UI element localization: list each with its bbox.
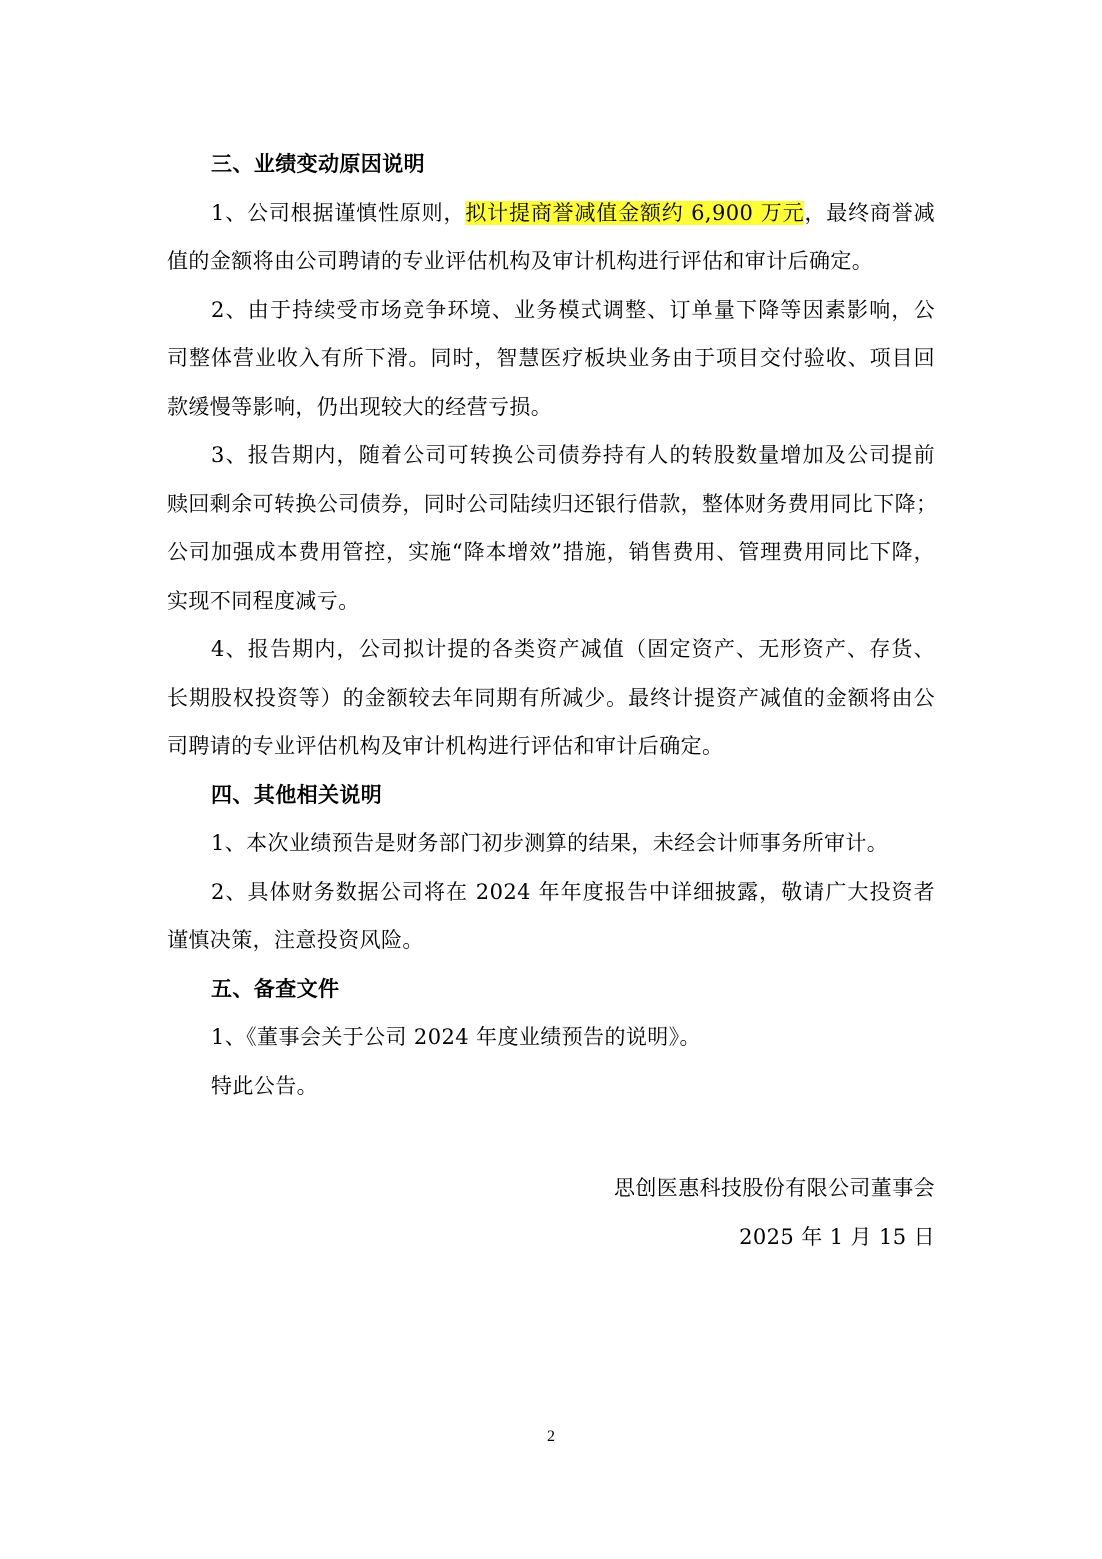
page-number: 2 bbox=[0, 1428, 1102, 1446]
paragraph-line: 值的金额将由公司聘请的专业评估机构及审计机构进行评估和审计后确定。 bbox=[167, 237, 935, 286]
paragraph-line: 长期股权投资等）的金额较去年同期有所减少。最终计提资产减值的金额将由公 bbox=[167, 674, 935, 723]
highlighted-text: 拟计提商誉减值金额约 6,900 万元 bbox=[465, 201, 804, 225]
paragraph-line: 司聘请的专业评估机构及审计机构进行评估和审计后确定。 bbox=[167, 722, 935, 771]
signature-date: 2025 年 1 月 15 日 bbox=[167, 1213, 935, 1262]
section-3: 三、业绩变动原因说明 1、公司根据谨慎性原则，拟计提商誉减值金额约 6,900 … bbox=[167, 140, 935, 1110]
paragraph-line: 2、具体财务数据公司将在 2024 年年度报告中详细披露，敬请广大投资者 bbox=[167, 868, 935, 917]
paragraph-line: 款缓慢等影响，仍出现较大的经营亏损。 bbox=[167, 383, 935, 432]
closing-text: 特此公告。 bbox=[167, 1062, 935, 1111]
paragraph-line: 4、报告期内，公司拟计提的各类资产减值（固定资产、无形资产、存货、 bbox=[167, 625, 935, 674]
paragraph-line: 1、《董事会关于公司 2024 年度业绩预告的说明》。 bbox=[167, 1013, 935, 1062]
paragraph-line: 1、公司根据谨慎性原则，拟计提商誉减值金额约 6,900 万元，最终商誉减 bbox=[167, 189, 935, 238]
paragraph-line: 司整体营业收入有所下滑。同时，智慧医疗板块业务由于项目交付验收、项目回 bbox=[167, 334, 935, 383]
section-heading: 三、业绩变动原因说明 bbox=[167, 140, 935, 189]
document-page: 三、业绩变动原因说明 1、公司根据谨慎性原则，拟计提商誉减值金额约 6,900 … bbox=[0, 0, 1102, 1559]
paragraph-line: 1、本次业绩预告是财务部门初步测算的结果，未经会计师事务所审计。 bbox=[167, 819, 935, 868]
paragraph-line: 3、报告期内，随着公司可转换公司债券持有人的转股数量增加及公司提前 bbox=[167, 431, 935, 480]
signature-company: 思创医惠科技股份有限公司董事会 bbox=[167, 1164, 935, 1213]
paragraph-line: 实现不同程度减亏。 bbox=[167, 577, 935, 626]
paragraph-line: 赎回剩余可转换公司债券，同时公司陆续归还银行借款，整体财务费用同比下降； bbox=[167, 480, 935, 529]
paragraph-line: 2、由于持续受市场竞争环境、业务模式调整、订单量下降等因素影响，公 bbox=[167, 286, 935, 335]
paragraph-line: 公司加强成本费用管控，实施“降本增效”措施，销售费用、管理费用同比下降， bbox=[167, 528, 935, 577]
signature-block: 思创医惠科技股份有限公司董事会 2025 年 1 月 15 日 bbox=[167, 1164, 935, 1261]
paragraph-line: 谨慎决策，注意投资风险。 bbox=[167, 916, 935, 965]
section-heading: 五、备查文件 bbox=[167, 965, 935, 1014]
text: ，最终商誉减 bbox=[804, 201, 935, 225]
section-heading: 四、其他相关说明 bbox=[167, 771, 935, 820]
text: 1、公司根据谨慎性原则， bbox=[211, 201, 465, 225]
